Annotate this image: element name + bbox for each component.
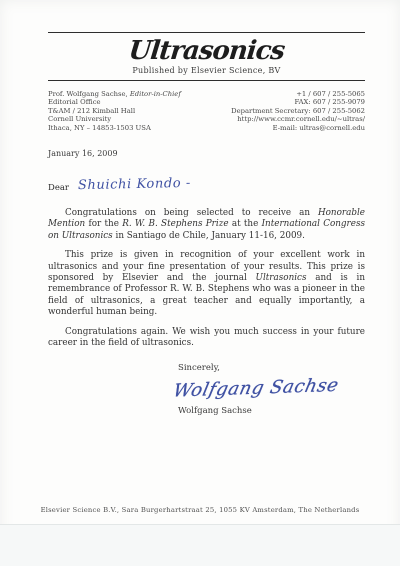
- body-paragraph-2: This prize is given in recognition of yo…: [48, 250, 365, 318]
- editor-title: Editor-in-Chief: [130, 90, 181, 98]
- fax-line: FAX: 607 / 255-9079: [231, 98, 365, 106]
- scan-page-bottom-edge: [0, 524, 400, 566]
- editor-name: Prof. Wolfgang Sachse,: [48, 90, 128, 98]
- phone-line: +1 / 607 / 255-5065: [231, 90, 365, 98]
- publisher-footer-line: Elsevier Science B.V., Sara Burgerhartst…: [0, 506, 400, 514]
- valediction: Sincerely,: [178, 363, 365, 373]
- address-line: T&AM / 212 Kimball Hall: [48, 107, 181, 115]
- editor-name-line: Prof. Wolfgang Sachse, Editor-in-Chief: [48, 90, 181, 98]
- handwritten-recipient-name: Shuichi Kondo -: [78, 176, 191, 193]
- editor-address-block: Prof. Wolfgang Sachse, Editor-in-Chief E…: [48, 90, 181, 132]
- date-line: January 16, 2009: [48, 149, 365, 158]
- handwritten-signature: Wolfgang Sachse: [171, 375, 327, 401]
- address-line: Editorial Office: [48, 98, 181, 106]
- body-paragraph-3: Congratulations again. We wish you much …: [48, 327, 365, 350]
- contact-numbers-block: +1 / 607 / 255-5065 FAX: 607 / 255-9079 …: [231, 90, 365, 132]
- publisher-line: Published by Elsevier Science, BV: [48, 66, 365, 76]
- contact-block: Prof. Wolfgang Sachse, Editor-in-Chief E…: [48, 90, 365, 132]
- email-line: E-mail: ultras@cornell.edu: [231, 124, 365, 132]
- address-line: Cornell University: [48, 115, 181, 123]
- salutation: Dear Shuichi Kondo -: [48, 179, 365, 195]
- website-line: http://www.ccmr.cornell.edu/~ultras/: [231, 115, 365, 123]
- journal-logo: Ultrasonics: [47, 37, 367, 65]
- body-paragraph-1: Congratulations on being selected to rec…: [48, 208, 365, 242]
- letter-content: Ultrasonics Published by Elsevier Scienc…: [0, 0, 400, 416]
- salutation-prefix: Dear: [48, 183, 69, 193]
- secretary-line: Department Secretary: 607 / 255-5062: [231, 107, 365, 115]
- address-line: Ithaca, NY – 14853-1503 USA: [48, 124, 181, 132]
- letterhead-top-rule: [48, 32, 365, 33]
- letterhead-bottom-rule: [48, 80, 365, 81]
- typed-signer-name: Wolfgang Sachse: [178, 406, 365, 416]
